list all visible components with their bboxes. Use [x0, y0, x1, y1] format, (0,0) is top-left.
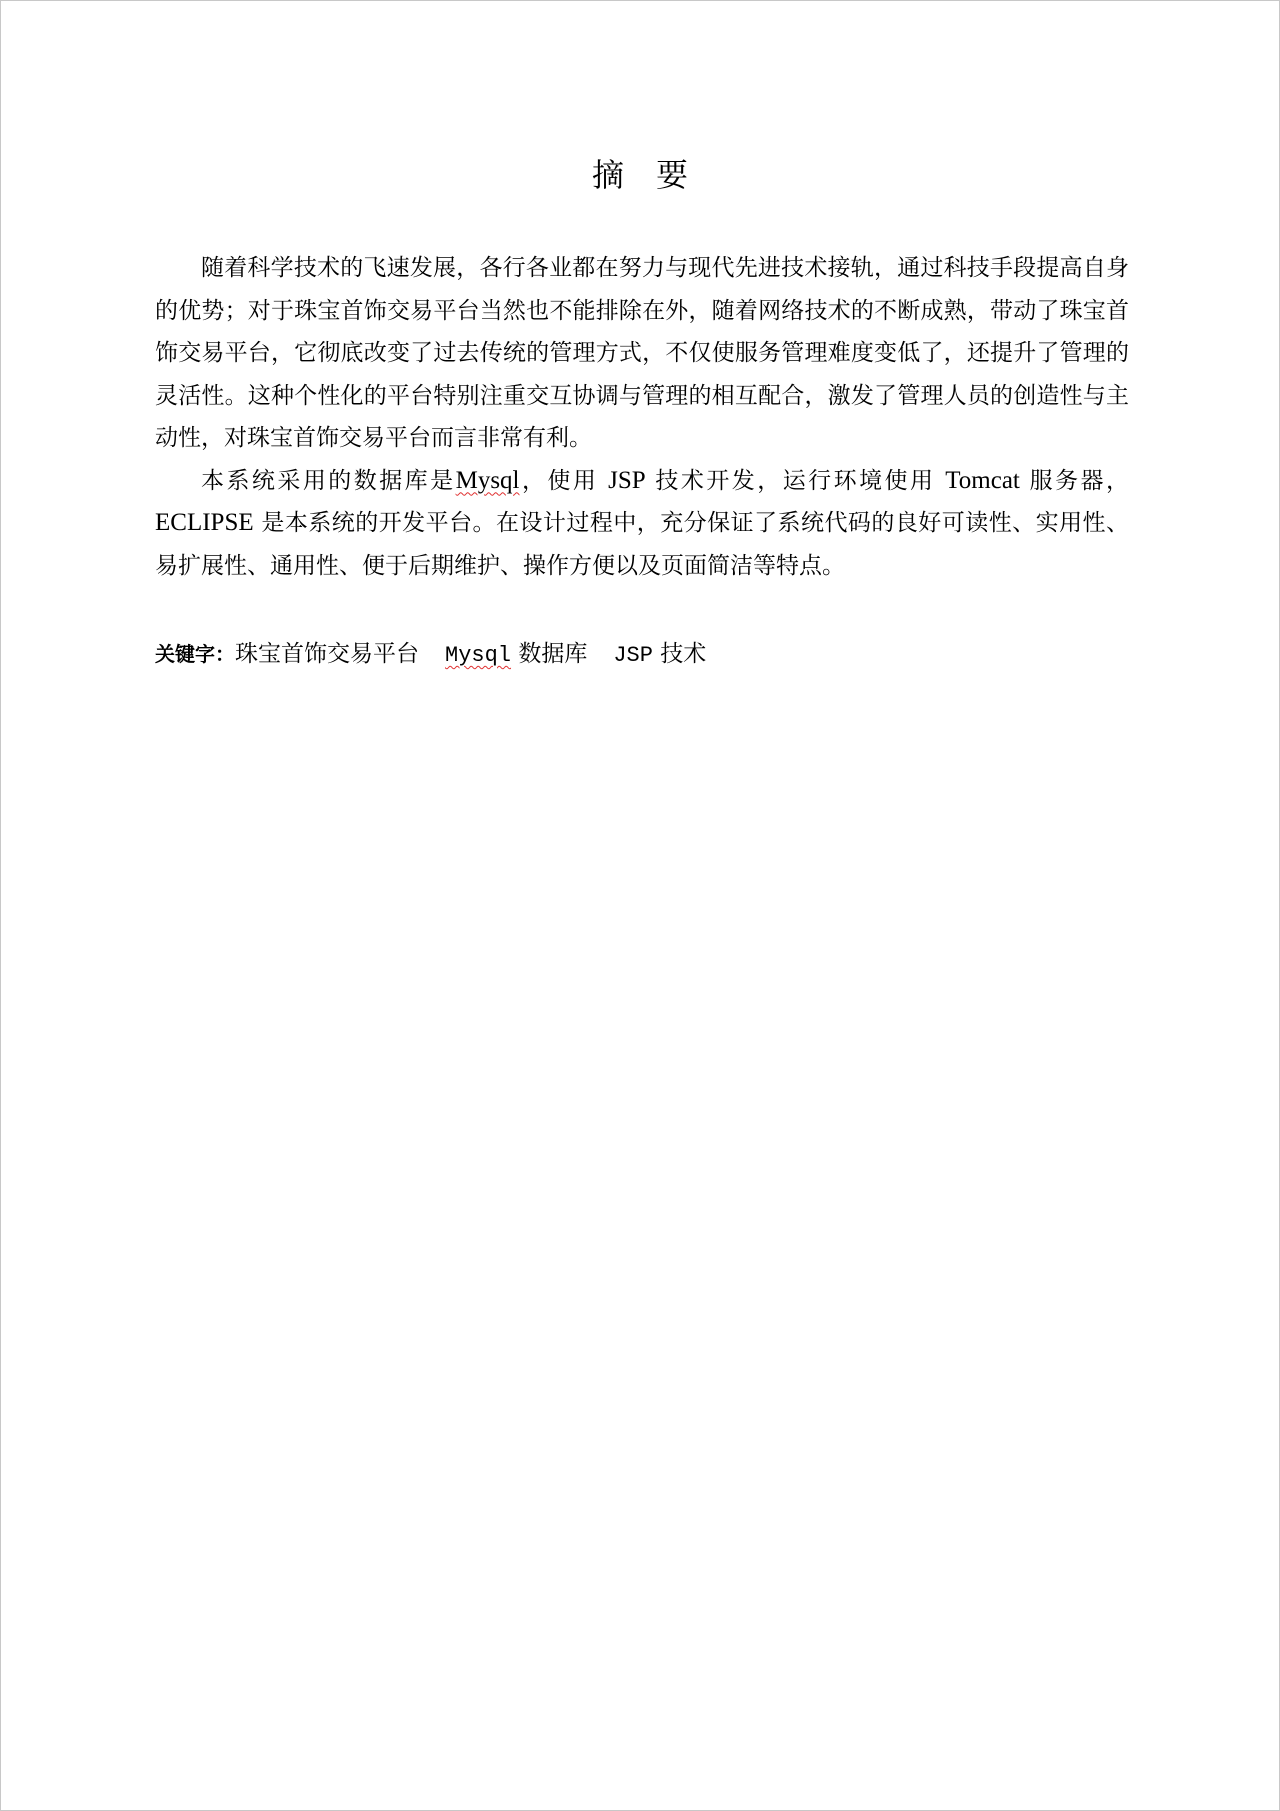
abstract-paragraph-1: 随着科学技术的飞速发展，各行各业都在努力与现代先进技术接轨，通过科技手段提高自身…	[155, 247, 1129, 460]
abstract-paragraph-2: 本系统采用的数据库是Mysql，使用 JSP 技术开发，运行环境使用 Tomca…	[155, 460, 1129, 588]
text-segment: 本系统采用的数据库是	[201, 468, 456, 494]
keyword-item: 技术	[660, 641, 706, 667]
keyword-item: 数据库	[518, 641, 587, 667]
keyword-item: Mysql	[445, 643, 511, 668]
document-page: 摘要 随着科学技术的飞速发展，各行各业都在努力与现代先进技术接轨，通过科技手段提…	[0, 0, 1280, 1811]
term-tomcat: Tomcat	[945, 467, 1020, 494]
text-segment: 服务器，	[1020, 468, 1129, 494]
keyword-item: JSP	[613, 643, 653, 668]
term-mysql: Mysql	[456, 467, 520, 494]
term-jsp: JSP	[608, 467, 646, 494]
keyword-item: 珠宝首饰交易平台	[235, 641, 419, 667]
text-segment: 是本系统的开发平台。在设计过程中，充分保证了系统代码的良好可读性、实用性、易扩展…	[155, 510, 1129, 579]
abstract-body: 随着科学技术的飞速发展，各行各业都在努力与现代先进技术接轨，通过科技手段提高自身…	[155, 247, 1129, 587]
keywords-line: 关键字：珠宝首饰交易平台Mysql 数据库JSP 技术	[155, 637, 706, 673]
abstract-title: 摘要	[1, 153, 1279, 197]
text-segment: 技术开发，运行环境使用	[646, 468, 946, 494]
term-eclipse: ECLIPSE	[155, 509, 254, 536]
text-segment: ，使用	[520, 468, 609, 494]
keywords-label: 关键字：	[155, 642, 235, 666]
